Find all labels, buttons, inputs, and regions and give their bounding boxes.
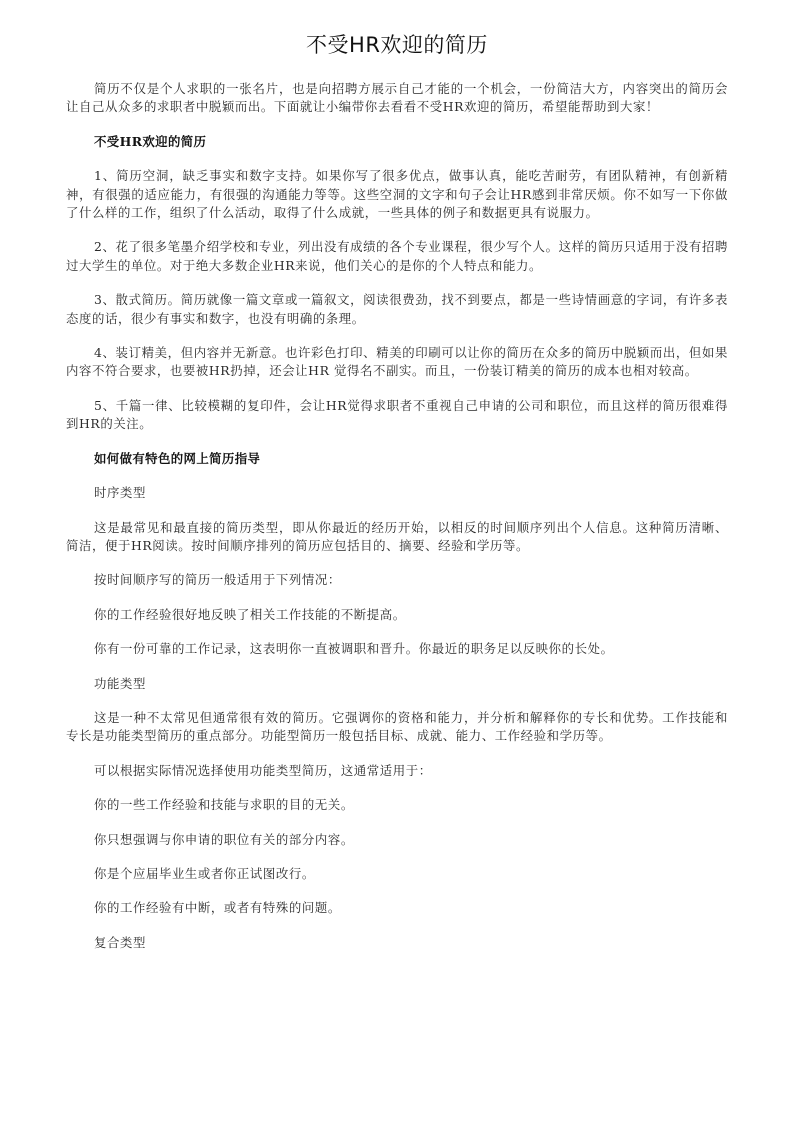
paragraph-chronological-desc: 这是最常见和最直接的简历类型，即从你最近的经历开始，以相反的时间顺序列出个人信息… <box>66 519 728 556</box>
subheading-functional: 功能类型 <box>66 675 728 693</box>
paragraph-point-1: 1、简历空洞，缺乏事实和数字支持。如果你写了很多优点，做事认真，能吃苦耐劳，有团… <box>66 167 728 222</box>
list-item-functional-2: 你只想强调与你申请的职位有关的部分内容。 <box>66 831 728 849</box>
document-page: 不受HR欢迎的简历 简历不仅是个人求职的一张名片，也是向招聘方展示自己才能的一个… <box>66 30 728 968</box>
list-item-functional-4: 你的工作经验有中断，或者有特殊的问题。 <box>66 899 728 917</box>
section-heading-online-resume-guide: 如何做有特色的网上简历指导 <box>66 450 728 468</box>
paragraph-point-2: 2、花了很多笔墨介绍学校和专业，列出没有成绩的各个专业课程，很少写个人。这样的简… <box>66 238 728 275</box>
subheading-combination: 复合类型 <box>66 934 728 952</box>
list-item-functional-1: 你的一些工作经验和技能与求职的目的无关。 <box>66 796 728 814</box>
list-item-chronological-2: 你有一份可靠的工作记录，这表明你一直被调职和晋升。你最近的职务足以反映你的长处。 <box>66 640 728 658</box>
section-heading-unwelcome-resumes: 不受HR欢迎的简历 <box>66 133 728 151</box>
paragraph-functional-desc: 这是一种不太常见但通常很有效的简历。它强调你的资格和能力，并分析和解释你的专长和… <box>66 709 728 746</box>
intro-paragraph: 简历不仅是个人求职的一张名片，也是向招聘方展示自己才能的一个机会，一份简洁大方，… <box>66 80 728 117</box>
document-title: 不受HR欢迎的简历 <box>66 30 728 60</box>
paragraph-point-4: 4、装订精美，但内容并无新意。也许彩色打印、精美的印刷可以让你的简历在众多的简历… <box>66 344 728 381</box>
list-item-functional-3: 你是个应届毕业生或者你正试图改行。 <box>66 865 728 883</box>
paragraph-chronological-use: 按时间顺序写的简历一般适用于下列情况： <box>66 571 728 589</box>
paragraph-point-3: 3、散式简历。简历就像一篇文章或一篇叙文，阅读很费劲，找不到要点，都是一些诗情画… <box>66 291 728 328</box>
paragraph-point-5: 5、千篇一律、比较模糊的复印件，会让HR觉得求职者不重视自己申请的公司和职位，而… <box>66 397 728 434</box>
subheading-chronological: 时序类型 <box>66 484 728 502</box>
paragraph-functional-use: 可以根据实际情况选择使用功能类型简历，这通常适用于： <box>66 762 728 780</box>
list-item-chronological-1: 你的工作经验很好地反映了相关工作技能的不断提高。 <box>66 606 728 624</box>
